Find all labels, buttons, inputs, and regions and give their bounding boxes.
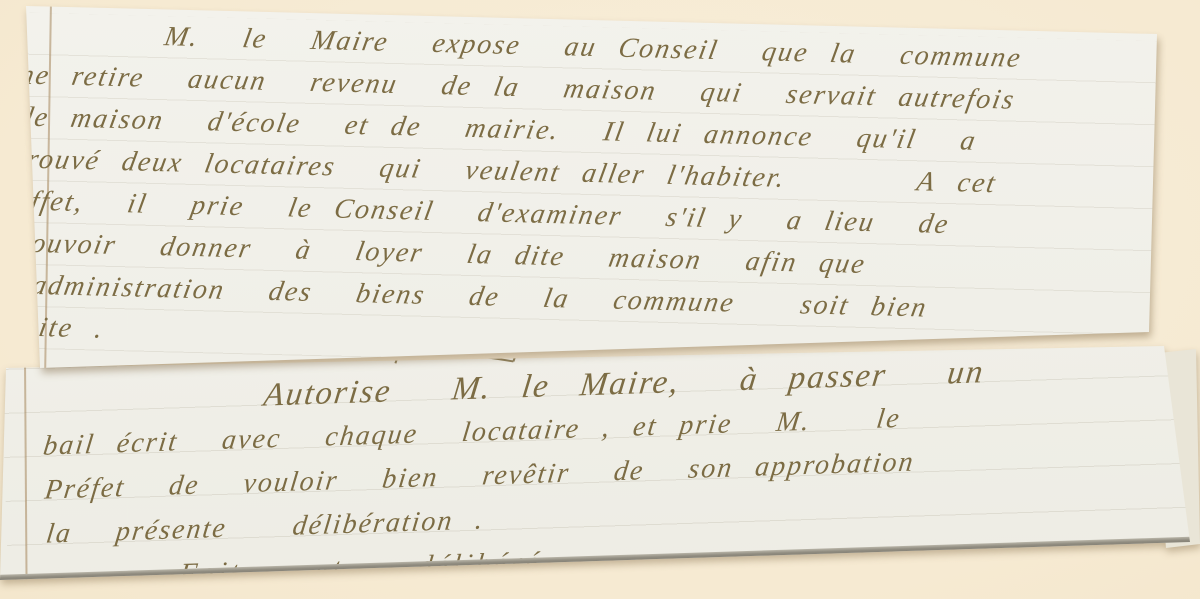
scan-background: Autorise M. le Maire, à passer un bail é… (0, 0, 1200, 599)
manuscript-fragment-1: M. le Maire expose au Conseil que la com… (0, 0, 1200, 599)
fragment-1-wrapper: M. le Maire expose au Conseil que la com… (0, 0, 1200, 599)
handwritten-text-block: M. le Maire expose au Conseil que la com… (0, 12, 1200, 382)
